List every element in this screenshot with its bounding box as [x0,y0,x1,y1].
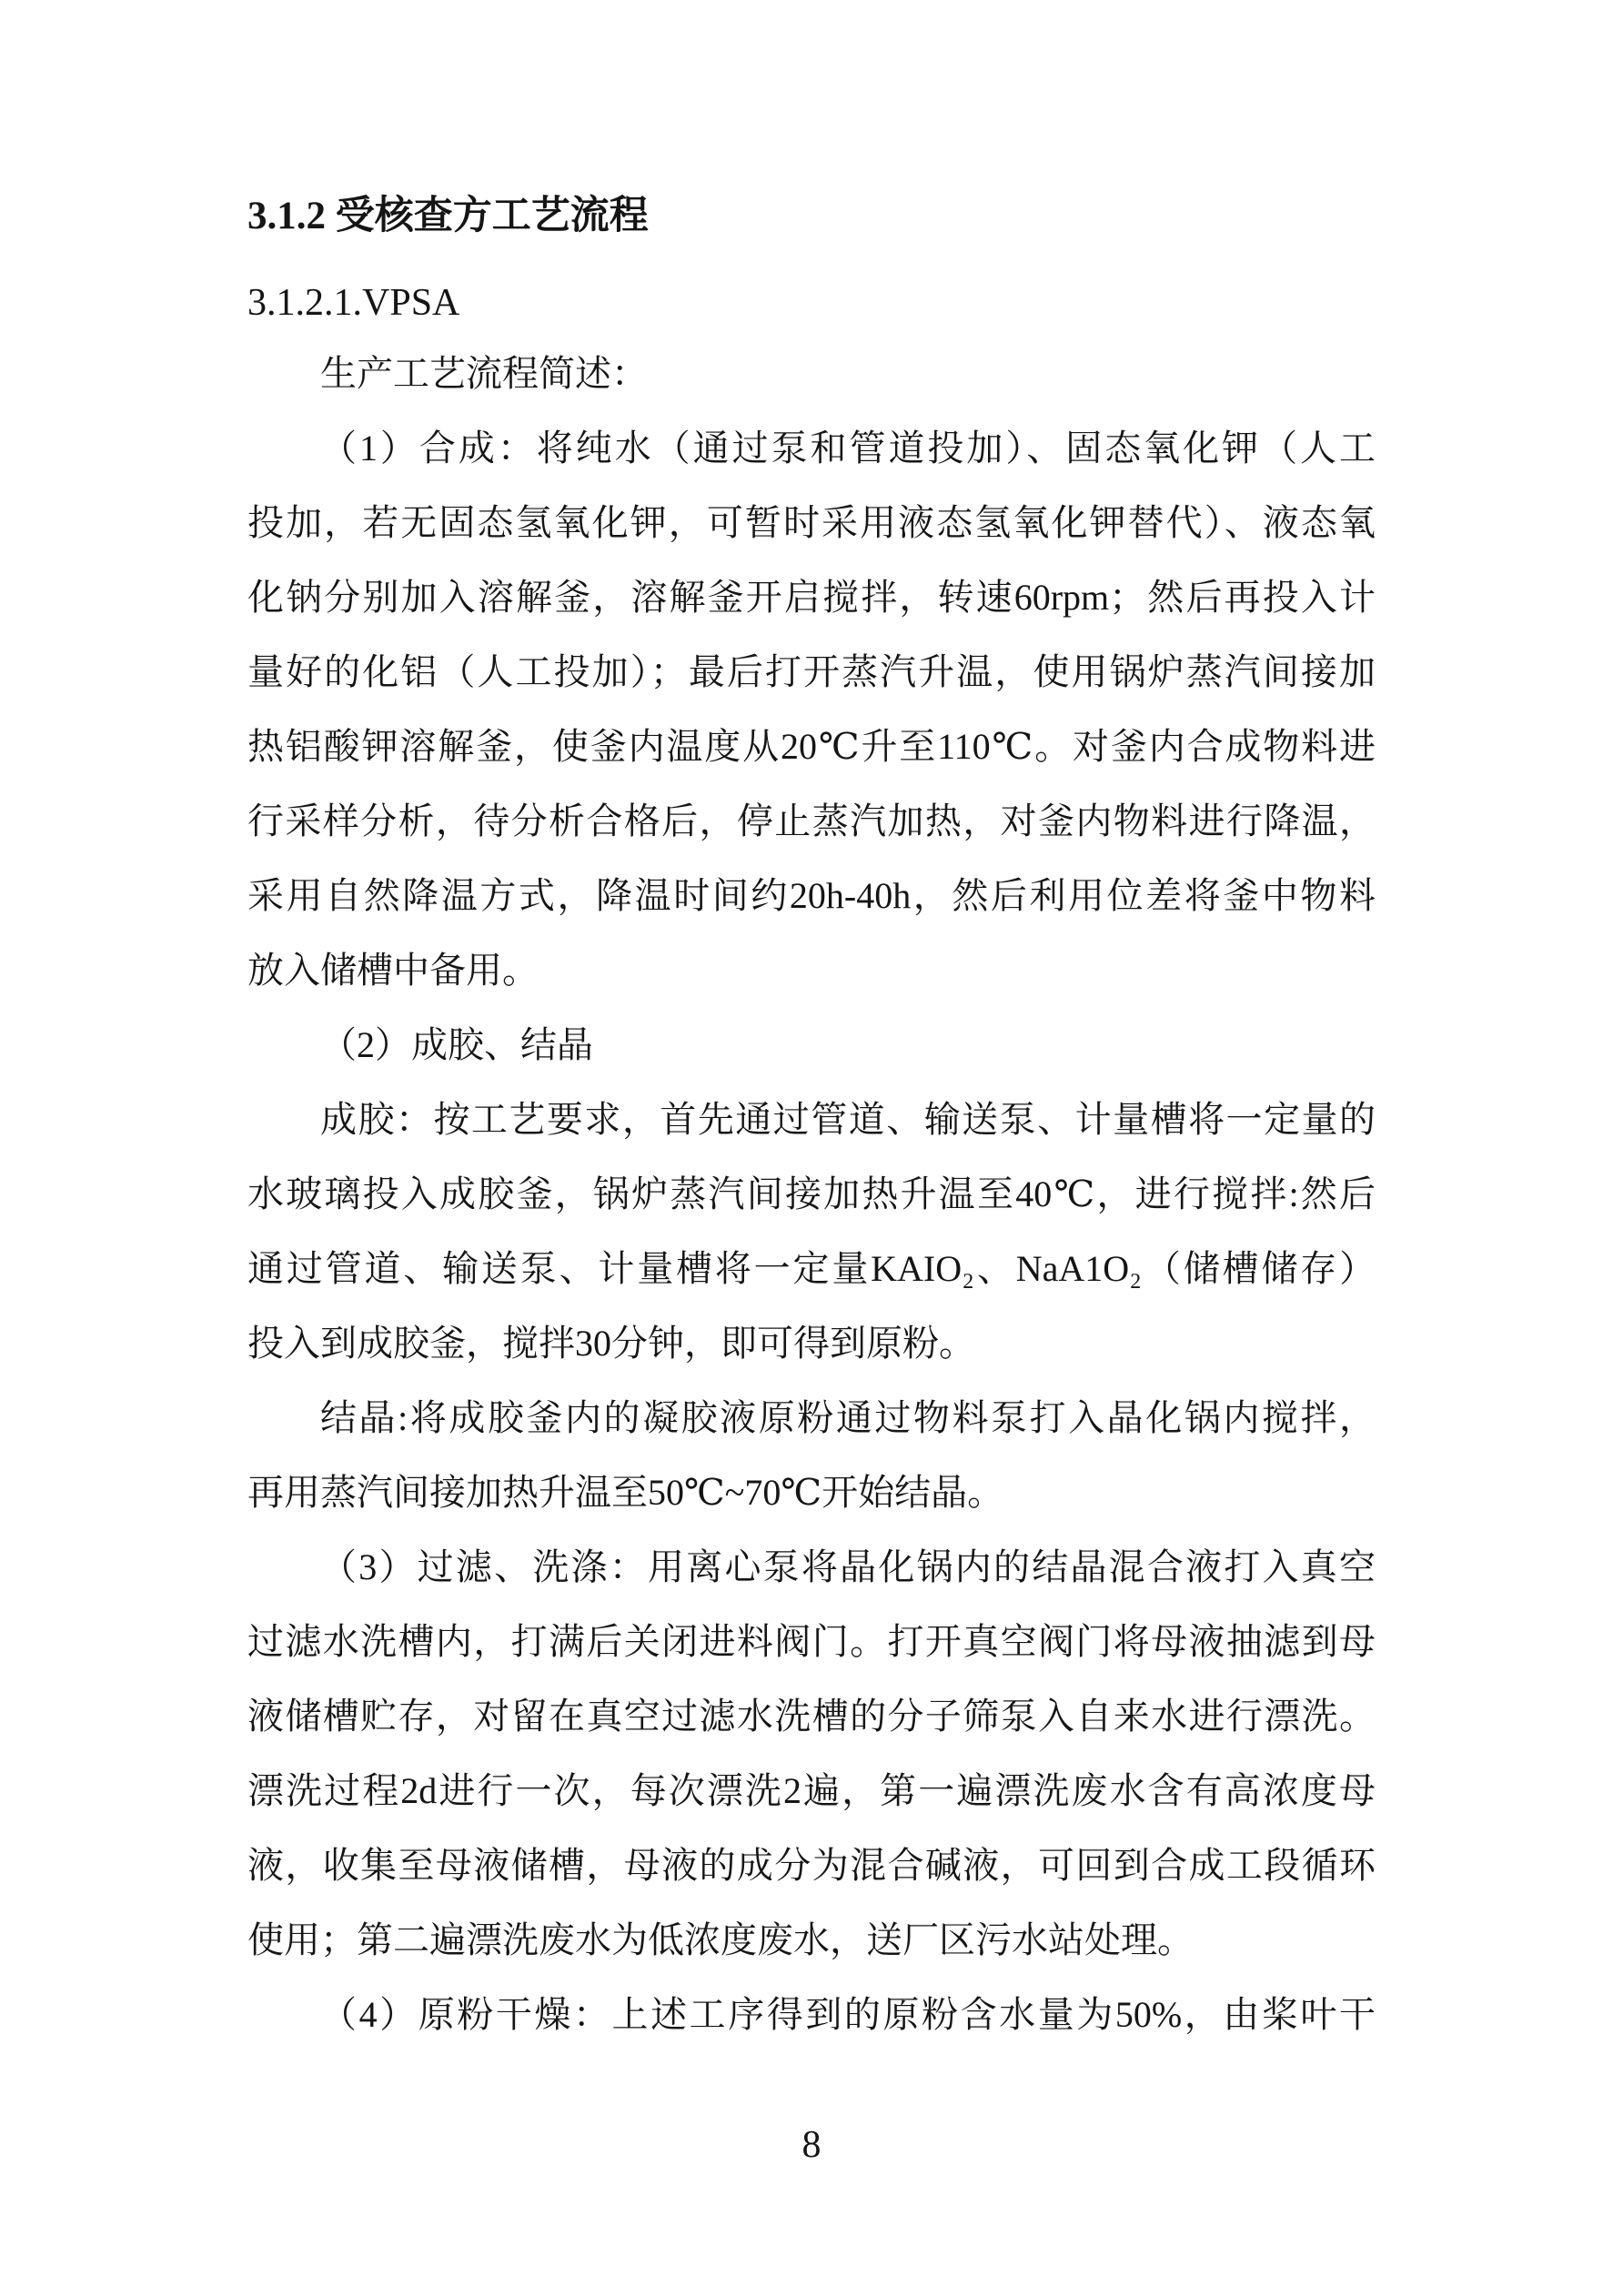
text-line: （4）原粉干燥：上述工序得到的原粉含水量为50%，由桨叶干 [247,1978,1376,2052]
text-line: 生产工艺流程简述： [247,337,1376,411]
text-line: 液储槽贮存，对留在真空过滤水洗槽的分子筛泵入自来水进行漂洗。 [247,1679,1376,1754]
text-line: 漂洗过程2d进行一次，每次漂洗2遍，第一遍漂洗废水含有高浓度母 [247,1754,1376,1828]
text-line: 放入储槽中备用。 [247,933,1376,1008]
section-heading: 3.1.2 受核查方工艺流程 [247,193,1376,240]
text-line: （1）合成：将纯水（通过泵和管道投加）、固态氧化钾（人工 [247,411,1376,486]
text-line: 结晶:将成胶釜内的凝胶液原粉通过物料泵打入晶化锅内搅拌， [247,1381,1376,1455]
text-line: 采用自然降温方式，降温时间约20h-40h，然后利用位差将釜中物料 [247,859,1376,933]
text-line: 化钠分别加入溶解釜，溶解釜开启搅拌，转速60rpm；然后再投入计 [247,560,1376,635]
text-line: 投入到成胶釜，搅拌30分钟，即可得到原粉。 [247,1306,1376,1381]
text-line: 通过管道、输送泵、计量槽将一定量KAIO₂、NaA1O₂（储槽储存） [247,1232,1376,1306]
text-line: 过滤水洗槽内，打满后关闭进料阀门。打开真空阀门将母液抽滤到母 [247,1605,1376,1679]
text-line: （2）成胶、结晶 [247,1008,1376,1083]
text-line: 再用蒸汽间接加热升温至50℃~70℃开始结晶。 [247,1455,1376,1530]
text-line: 投加，若无固态氢氧化钾，可暂时采用液态氢氧化钾替代）、液态氧 [247,486,1376,560]
text-line: 热铝酸钾溶解釜，使釜内温度从20℃升至110℃。对釜内合成物料进 [247,710,1376,784]
text-line: （3）过滤、洗涤：用离心泵将晶化锅内的结晶混合液打入真空 [247,1530,1376,1605]
body-text: 生产工艺流程简述：（1）合成：将纯水（通过泵和管道投加）、固态氧化钾（人工投加，… [247,337,1376,2052]
text-line: 行采样分析，待分析合格后，停止蒸汽加热，对釜内物料进行降温， [247,784,1376,859]
text-line: 使用；第二遍漂洗废水为低浓度废水，送厂区污水站处理。 [247,1903,1376,1978]
page-content: 3.1.2 受核查方工艺流程 3.1.2.1.VPSA 生产工艺流程简述：（1）… [247,193,1376,2052]
subsection-heading: 3.1.2.1.VPSA [247,280,1376,326]
document-page: 3.1.2 受核查方工艺流程 3.1.2.1.VPSA 生产工艺流程简述：（1）… [0,0,1623,2296]
page-number: 8 [0,2118,1623,2172]
text-line: 水玻璃投入成胶釜，锅炉蒸汽间接加热升温至40℃，进行搅拌:然后 [247,1157,1376,1232]
text-line: 成胶：按工艺要求，首先通过管道、输送泵、计量槽将一定量的 [247,1083,1376,1157]
text-line: 液，收集至母液储槽，母液的成分为混合碱液，可回到合成工段循环 [247,1828,1376,1903]
text-line: 量好的化铝（人工投加）；最后打开蒸汽升温，使用锅炉蒸汽间接加 [247,635,1376,710]
